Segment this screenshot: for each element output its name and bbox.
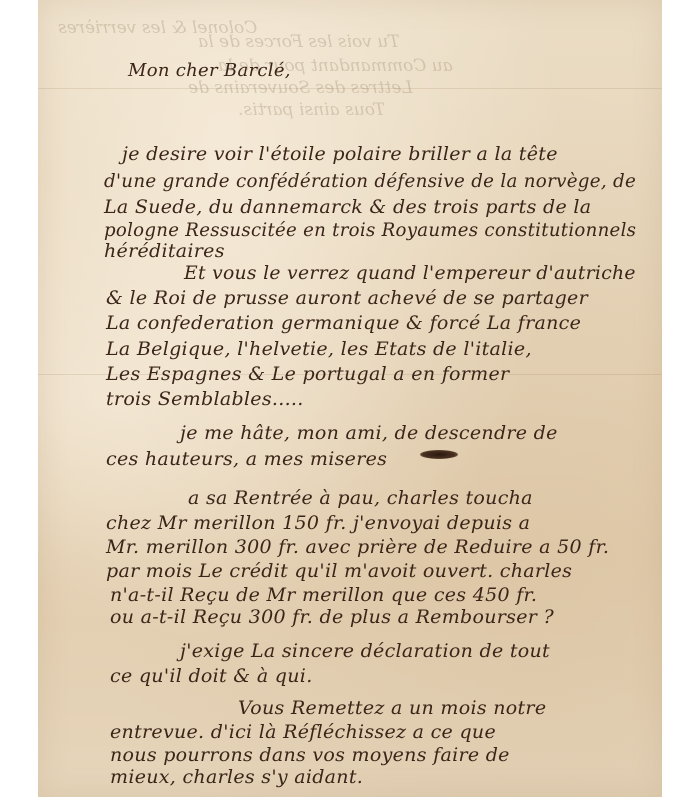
letter-line: chez Mr merillon 150 fr. j'envoyai depui…: [106, 512, 530, 534]
letter-line: nous pourrons dans vos moyens faire de: [110, 744, 510, 766]
letter-line: trois Semblables.....: [106, 388, 304, 410]
letter-line: Les Espagnes & Le portugal a en former: [106, 363, 509, 385]
letter-line: Mr. merillon 300 fr. avec prière de Redu…: [106, 536, 609, 558]
bleed-through-line: Tous ainsi partis.: [238, 100, 385, 120]
letter-line: & le Roi de prusse auront achevé de se p…: [106, 287, 588, 309]
letter-paper: Colonel & les verrières Tu vois les Forc…: [38, 0, 662, 797]
letter-line: d'une grande confédération défensive de …: [104, 170, 636, 192]
letter-line: je desire voir l'étoile polaire briller …: [122, 143, 558, 165]
letter-line: n'a-t-il Reçu de Mr merillon que ces 450…: [110, 584, 537, 606]
letter-line: a sa Rentrée à pau, charles toucha: [188, 487, 533, 509]
letter-line: La confederation germanique & forcé La f…: [106, 312, 581, 334]
letter-line: pologne Ressuscitée en trois Royaumes co…: [104, 219, 636, 241]
letter-line: ces hauteurs, a mes miseres: [106, 448, 387, 470]
letter-line: ce qu'il doit & à qui.: [110, 665, 313, 687]
letter-line: La Belgique, l'helvetie, les Etats de l'…: [106, 338, 532, 360]
letter-line: j'exige La sincere déclaration de tout: [180, 640, 550, 662]
letter-line: héréditaires: [104, 240, 225, 262]
letter-line: La Suede, du dannemarck & des trois part…: [104, 196, 591, 218]
letter-line: Vous Remettez a un mois notre: [238, 697, 546, 719]
letter-line: mieux, charles s'y aidant.: [110, 766, 363, 788]
bleed-through-line: Tu vois les Forces de la: [198, 32, 400, 52]
letter-line: par mois Le crédit qu'il m'avoit ouvert.…: [106, 560, 572, 582]
salutation: Mon cher Barclé,: [128, 60, 291, 81]
bleed-through-line: Lettres des Souverains de: [188, 78, 413, 98]
letter-line: je me hâte, mon ami, de descendre de: [180, 422, 558, 444]
letter-line: entrevue. d'ici là Réfléchissez a ce que: [110, 721, 496, 743]
ink-blot: [420, 450, 458, 459]
letter-line: Et vous le verrez quand l'empereur d'aut…: [184, 262, 636, 284]
letter-line: ou a-t-il Reçu 300 fr. de plus a Rembour…: [110, 606, 554, 628]
